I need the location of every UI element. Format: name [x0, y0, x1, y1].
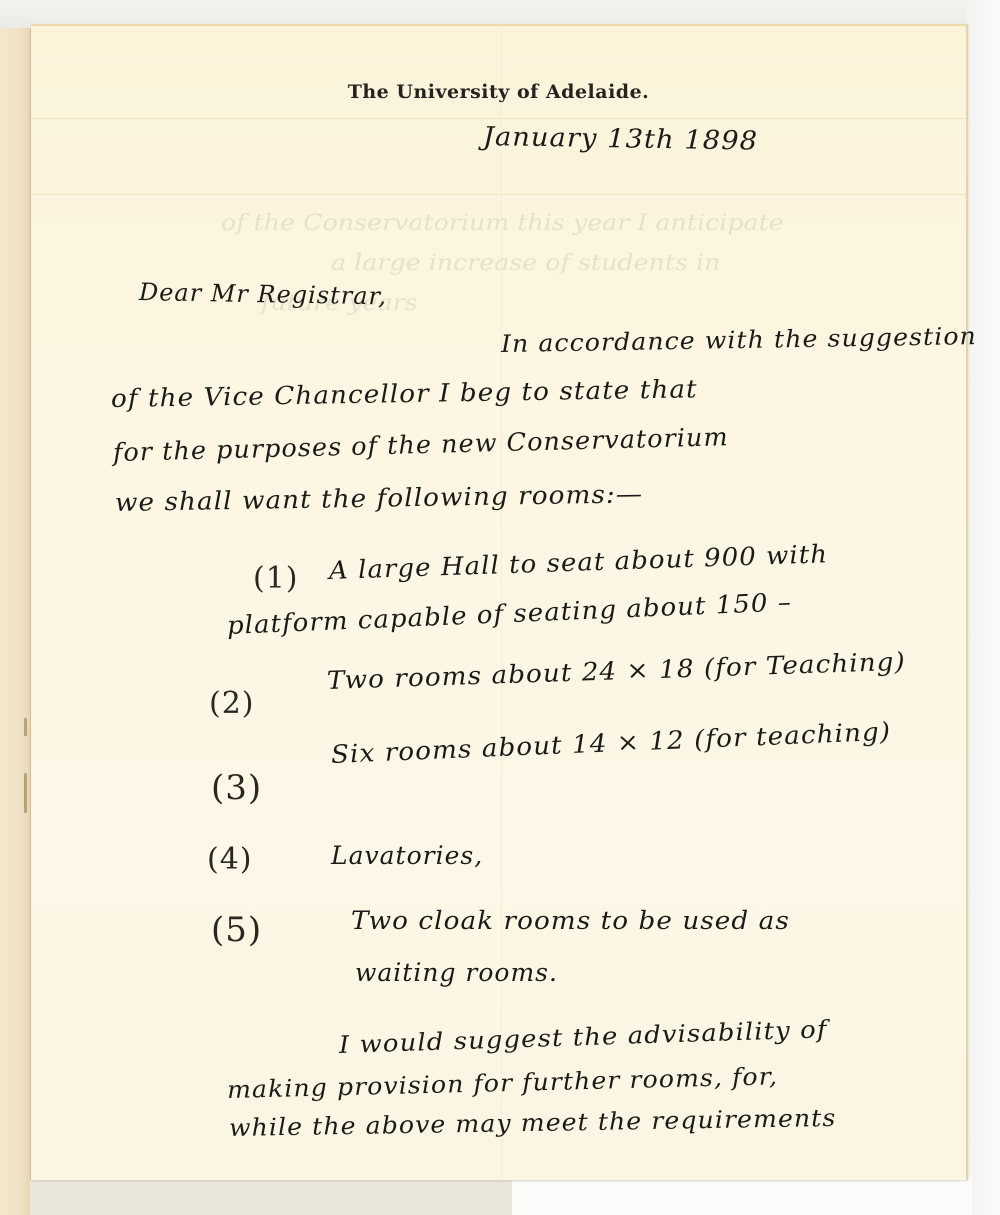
fold-line [31, 194, 966, 195]
binding-mark [24, 718, 27, 736]
item-text: Six rooms about 14 × 12 (for teaching) [330, 717, 891, 769]
item-number: (2) [209, 686, 255, 721]
letter-date: January 13th 1898 [483, 122, 759, 157]
show-through-text: of the Conservatorium this year I antici… [221, 211, 784, 236]
fold-line [31, 118, 966, 119]
binding-mark [24, 773, 27, 813]
body-line: for the purposes of the new Conservatori… [113, 422, 729, 467]
body-line: of the Vice Chancellor I beg to state th… [111, 374, 698, 413]
item-number: (1) [253, 561, 299, 596]
item-text: platform capable of seating about 150 – [226, 587, 792, 640]
item-number: (4) [207, 842, 253, 877]
item-text: Two rooms about 24 × 18 (for Teaching) [326, 647, 906, 695]
item-text: waiting rooms. [355, 958, 558, 987]
body-line: we shall want the following rooms:— [115, 479, 644, 517]
body-line: while the above may meet the requirement… [229, 1104, 837, 1142]
scan-background-right [966, 0, 1000, 1215]
item-text: Lavatories, [331, 841, 483, 870]
item-number: (3) [211, 768, 262, 808]
underlying-page [30, 1180, 515, 1215]
adjacent-page-edge [0, 28, 31, 1215]
item-text: Two cloak rooms to be used as [351, 906, 790, 935]
body-line: In accordance with the suggestion [501, 322, 977, 358]
salutation: Dear Mr Registrar, [139, 278, 388, 310]
letter-sheet: of the Conservatorium this year I antici… [31, 24, 968, 1180]
item-text: A large Hall to seat about 900 with [328, 539, 828, 585]
show-through-text: a large increase of students in [331, 251, 720, 276]
body-line: I would suggest the advisability of [338, 1015, 828, 1059]
scan-background-bottom [512, 1176, 972, 1215]
letterhead: The University of Adelaide. [31, 81, 966, 103]
item-number: (5) [211, 910, 262, 950]
